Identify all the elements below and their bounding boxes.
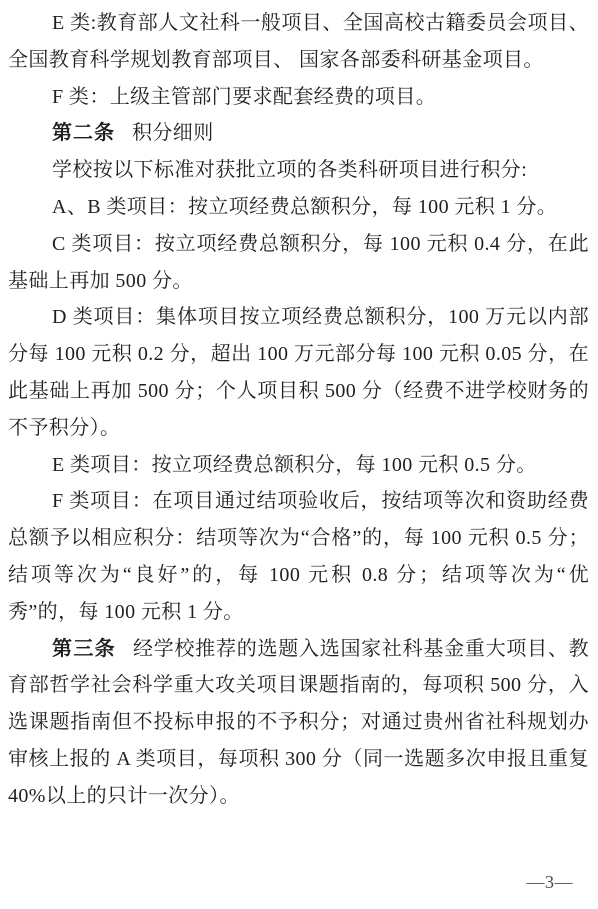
- clause-3-label: 第三条: [52, 638, 116, 660]
- paragraph-text: F 类：上级主管部门要求配套经费的项目。: [52, 86, 436, 108]
- paragraph-text: E 类:教育部人文社科一般项目、全国高校古籍委员会项目、全国教育科学规划教育部项…: [8, 12, 589, 71]
- paragraph-text: A、B 类项目：按立项经费总额积分，每 100 元积 1 分。: [52, 196, 557, 218]
- paragraph-class-f-definition: F 类：上级主管部门要求配套经费的项目。: [8, 79, 589, 116]
- paragraph-text: 学校按以下标准对获批立项的各类科研项目进行积分:: [52, 159, 527, 181]
- page-number: —3—: [527, 872, 574, 893]
- paragraph-class-e-definition: E 类:教育部人文社科一般项目、全国高校古籍委员会项目、全国教育科学规划教育部项…: [8, 5, 589, 79]
- paragraph-text: E 类项目：按立项经费总额积分，每 100 元积 0.5 分。: [52, 454, 537, 476]
- paragraph-scoring-intro: 学校按以下标准对获批立项的各类科研项目进行积分:: [8, 152, 589, 189]
- document-page: E 类:教育部人文社科一般项目、全国高校古籍委员会项目、全国教育科学规划教育部项…: [0, 0, 598, 909]
- paragraph-clause-2-heading: 第二条积分细则: [8, 115, 589, 152]
- paragraph-clause-3: 第三条经学校推荐的选题入选国家社科基金重大项目、教育部哲学社会科学重大攻关项目课…: [8, 631, 589, 815]
- paragraph-text: D 类项目：集体项目按立项经费总额积分，100 万元以内部分每 100 元积 0…: [8, 306, 589, 438]
- paragraph-text: C 类项目：按立项经费总额积分，每 100 元积 0.4 分，在此基础上再加 5…: [8, 233, 589, 292]
- paragraph-class-e-scoring: E 类项目：按立项经费总额积分，每 100 元积 0.5 分。: [8, 447, 589, 484]
- clause-2-title: 积分细则: [132, 122, 214, 144]
- paragraph-class-d-scoring: D 类项目：集体项目按立项经费总额积分，100 万元以内部分每 100 元积 0…: [8, 299, 589, 446]
- clause-3-text: 经学校推荐的选题入选国家社科基金重大项目、教育部哲学社会科学重大攻关项目课题指南…: [8, 638, 589, 807]
- paragraph-class-ab-scoring: A、B 类项目：按立项经费总额积分，每 100 元积 1 分。: [8, 189, 589, 226]
- paragraph-class-f-scoring: F 类项目：在项目通过结项验收后，按结项等次和资助经费总额予以相应积分：结项等次…: [8, 483, 589, 630]
- paragraph-class-c-scoring: C 类项目：按立项经费总额积分，每 100 元积 0.4 分，在此基础上再加 5…: [8, 226, 589, 300]
- document-body: E 类:教育部人文社科一般项目、全国高校古籍委员会项目、全国教育科学规划教育部项…: [8, 5, 589, 815]
- paragraph-text: F 类项目：在项目通过结项验收后，按结项等次和资助经费总额予以相应积分：结项等次…: [8, 490, 589, 622]
- clause-2-label: 第二条: [52, 122, 115, 144]
